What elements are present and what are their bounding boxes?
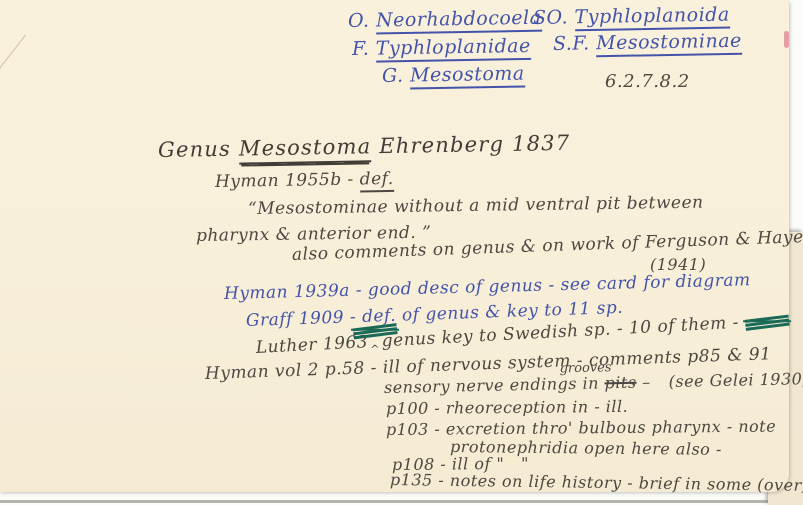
header-family: F. Typhloplanidae (352, 36, 531, 60)
title-pre: Genus (158, 137, 239, 162)
header-subfamily: S.F. Mesostominae (553, 31, 742, 55)
note-p135: p135 - notes on life history - brief in … (390, 471, 803, 494)
green-crossout-scribble-top (353, 320, 398, 341)
green-scribble-icon (353, 327, 397, 335)
luther-pre: Luther 1963 (255, 332, 368, 358)
catalog-number: 6.2.7.8.2 (605, 72, 690, 92)
subfamily-name: Mesostominae (596, 30, 742, 58)
hyman1955-def: def. (360, 169, 394, 193)
scratch-mark (0, 34, 26, 71)
header-suborder: SO. Typhloplanoida (533, 5, 730, 29)
card-title: Genus Mesostoma Ehrenberg 1837 (158, 132, 571, 162)
note-hyman1939: Hyman 1939a - good desc of genus - see c… (224, 271, 751, 303)
green-crossout-scribble-end (745, 319, 789, 327)
note-p100: p100 - rheoreception in - ill. (386, 398, 628, 418)
note-p103: p103 - excretion thro' bulbous pharynx -… (386, 418, 776, 439)
sensory-pre: sensory nerve endings in (384, 373, 605, 397)
scanned-index-card: O. Neorhabdocoela SO. Typhloplanoida F. … (0, 0, 803, 505)
sensory-struck-word: pits (604, 373, 636, 393)
genus-prefix: G. (382, 65, 404, 87)
index-card: O. Neorhabdocoela SO. Typhloplanoida F. … (0, 0, 789, 492)
sensory-correction-word: grooves (560, 361, 612, 376)
title-genus: Mesostoma (239, 134, 372, 164)
sensory-dash: – (636, 372, 650, 391)
hyman1955-text: Hyman 1955b - (215, 169, 360, 192)
subfamily-prefix: S.F. (553, 32, 590, 55)
genus-name: Mesostoma (410, 63, 525, 90)
note-hyman1955: Hyman 1955b - def. (215, 170, 394, 192)
pink-edge-mark (784, 31, 789, 48)
suborder-name: Typhloplanoida (574, 4, 730, 32)
insertion-caret: ^ (370, 343, 380, 356)
header-genus: G. Mesostoma (382, 64, 525, 87)
suborder-prefix: SO. (533, 6, 568, 29)
scan-edge-line (0, 500, 803, 503)
family-name: Typhloplanidae (376, 35, 531, 63)
order-name: Neorhabdocoela (376, 7, 542, 35)
header-order: O. Neorhabdocoela (348, 8, 542, 32)
family-prefix: F. (352, 38, 370, 60)
note-quote-line1: “Mesostominae without a mid ventral pit … (248, 194, 704, 219)
order-prefix: O. (348, 10, 370, 32)
sensory-reference: (see Gelei 1930) (668, 369, 803, 391)
title-post: Ehrenberg 1837 (371, 131, 570, 158)
